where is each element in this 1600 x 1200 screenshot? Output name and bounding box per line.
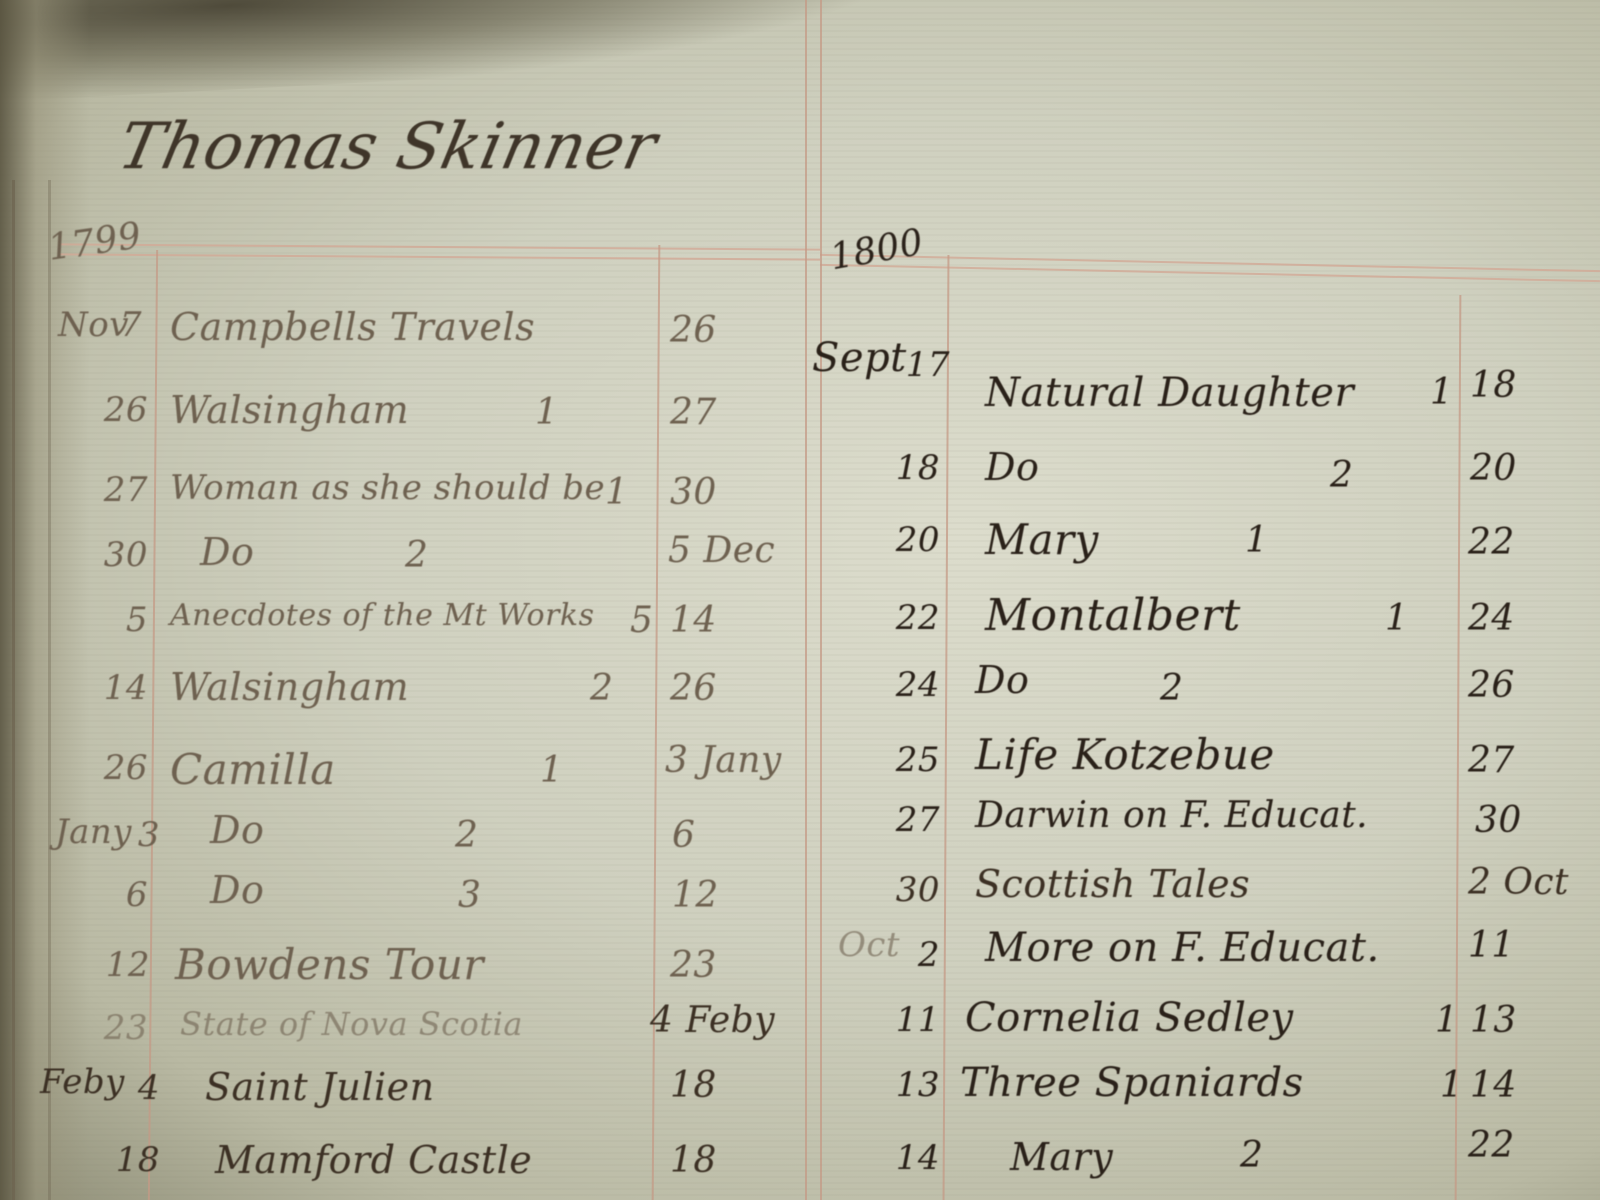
entry-title: Walsingham [170,665,409,709]
page-edge [12,180,15,1200]
entry-returned: 14 [670,600,717,641]
entry-title: Montalbert [985,590,1241,641]
entry-vol: 1 [1430,372,1453,413]
entry-returned: 11 [1468,925,1515,966]
entry-day: 5 [88,600,148,640]
entry-returned: 27 [670,392,717,433]
entry-title: Bowdens Tour [175,940,484,989]
entry-returned: 4 Feby [650,1000,775,1041]
entry-returned: 22 [1468,522,1515,563]
entry-day: 20 [880,520,940,560]
ledger-photo: Thomas Skinner 1799 Nov 7 Campbells Trav… [0,0,1600,1200]
entry-vol: 1 [1435,1000,1458,1041]
entry-title: Do [975,658,1029,702]
entry-day: 23 [88,1008,148,1048]
entry-day: 26 [88,390,148,430]
entry-vol: 2 [590,668,613,709]
entry-title: Mamford Castle [215,1138,532,1182]
entry-title: Do [200,530,254,574]
entry-day: 12 [90,945,150,985]
entry-day: 14 [88,668,148,708]
entry-day: 11 [880,1000,940,1040]
entry-day: 4 [100,1068,160,1108]
entry-title: Camilla [170,745,336,794]
entry-title: More on F. Educat. [985,925,1380,971]
entry-returned: 18 [1470,365,1517,406]
entry-title: Darwin on F. Educat. [975,795,1368,836]
entry-returned: 18 [670,1140,717,1181]
entry-title: Natural Daughter [985,370,1354,416]
entry-returned: 26 [670,668,717,709]
entry-returned: 5 Dec [668,530,775,571]
entry-day: 18 [880,448,940,488]
entry-day: 27 [88,470,148,510]
entry-returned: 23 [670,945,717,986]
entry-day: 27 [880,800,940,840]
entry-day: 2 [880,935,940,975]
entry-title: Do [210,868,264,912]
entry-returned: 14 [1470,1065,1517,1106]
entry-vol: 2 [455,815,478,856]
entry-vol: 1 [535,392,558,433]
entry-day: 3 [100,815,160,855]
entry-returned: 24 [1468,598,1515,639]
entry-day: 6 [88,875,148,915]
entry-title: Life Kotzebue [975,730,1275,779]
entry-title: Scottish Tales [975,862,1250,906]
entry-vol: 2 [1160,668,1183,709]
page-edge [48,180,51,1200]
entry-returned: 2 Oct [1468,862,1569,903]
entry-returned: 12 [672,875,719,916]
entry-day: 13 [880,1065,940,1105]
entry-returned: 18 [670,1065,717,1106]
entry-returned: 22 [1468,1125,1515,1166]
entry-vol: 1 [1245,520,1268,561]
entry-title: Three Spaniards [960,1060,1304,1106]
entry-vol: 2 [405,535,428,576]
entry-day: 25 [880,740,940,780]
entry-day: 7 [82,305,142,345]
entry-title: Do [985,445,1039,489]
entry-returned: 30 [670,472,717,513]
entry-returned: 20 [1470,448,1517,489]
entry-returned: 3 Jany [665,740,782,781]
entry-title: Mary [1010,1135,1113,1179]
entry-title: Woman as she should be [170,468,605,508]
page-title: Thomas Skinner [112,110,663,184]
entry-title: Anecdotes of the Mt Works [170,598,595,633]
entry-vol: 1 [1440,1065,1463,1106]
entry-day: 22 [880,598,940,638]
entry-day: 14 [880,1138,940,1178]
entry-returned: 26 [1468,665,1515,706]
entry-day: 26 [88,748,148,788]
entry-title: State of Nova Scotia [180,1005,523,1043]
entry-day: 17 [890,345,950,385]
entry-vol: 1 [605,472,628,513]
entry-returned: 26 [670,310,717,351]
entry-title: Campbells Travels [170,305,535,349]
entry-returned: 6 [672,815,695,856]
entry-returned: 30 [1475,800,1522,841]
entry-vol: 2 [1240,1135,1263,1176]
entry-day: 18 [100,1140,160,1180]
entry-vol: 3 [458,875,481,916]
entry-vol: 1 [1385,598,1408,639]
entry-day: 30 [88,535,148,575]
page-center-rule [820,0,822,1200]
entry-title: Saint Julien [205,1065,435,1109]
entry-vol: 5 [630,600,653,641]
entry-day: 30 [880,870,940,910]
entry-vol: 2 [1330,455,1353,496]
entry-returned: 13 [1470,1000,1517,1041]
entry-vol: 1 [540,750,563,791]
entry-day: 24 [880,665,940,705]
entry-title: Cornelia Sedley [965,995,1294,1041]
entry-title: Walsingham [170,388,409,432]
entry-title: Mary [985,515,1099,564]
entry-returned: 27 [1468,740,1515,781]
entry-title: Do [210,808,264,852]
page-center-rule [805,0,807,1200]
